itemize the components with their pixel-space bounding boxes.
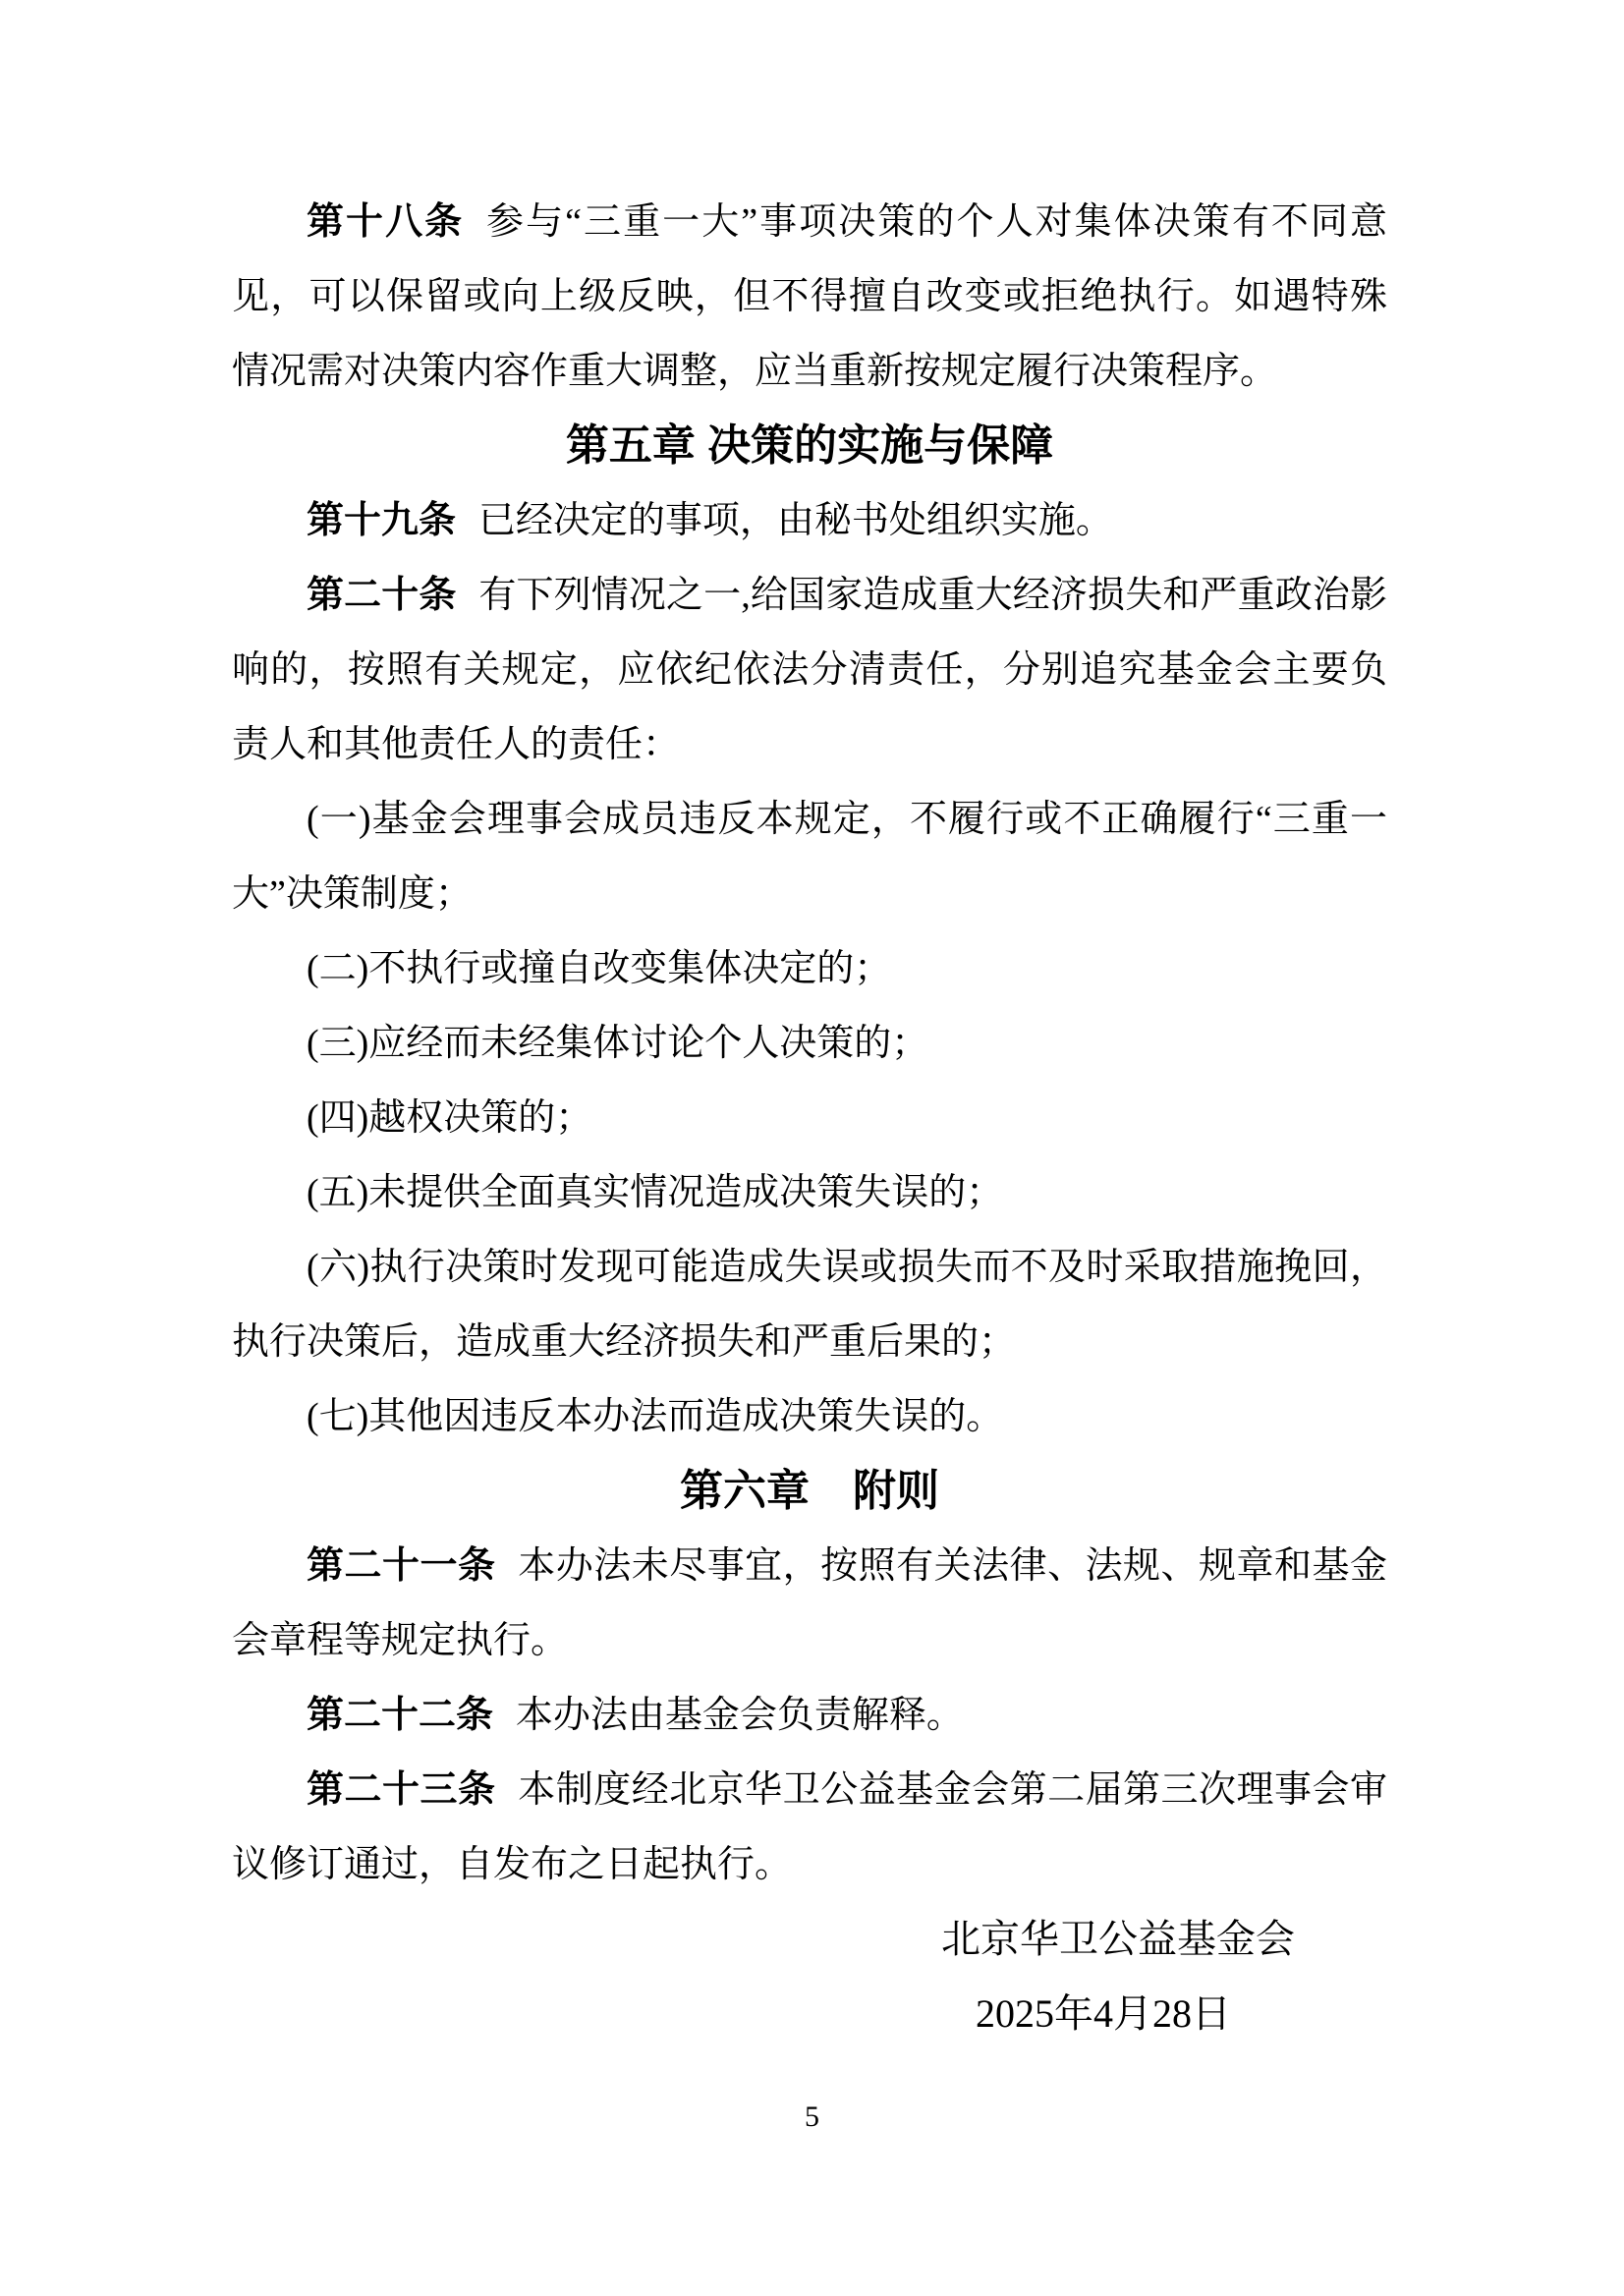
list-item-1: (一)基金会理事会成员违反本规定，不履行或不正确履行“三重一大”决策制度； [232,782,1387,931]
list-item-5: (五)未提供全面真实情况造成决策失误的； [232,1155,1387,1230]
list-item-4: (四)越权决策的； [232,1081,1387,1155]
article-22-paragraph: 第二十二条本办法由基金会负责解释。 [232,1678,1387,1753]
list-item-2: (二)不执行或撞自改变集体决定的； [232,931,1387,1006]
document-page: 第十八条参与“三重一大”事项决策的个人对集体决策有不同意见，可以保留或向上级反映… [0,0,1624,2296]
signature-date: 2025年4月28日 [232,1977,1387,2051]
article-23-paragraph: 第二十三条本制度经北京华卫公益基金会第二届第三次理事会审议修订通过，自发布之日起… [232,1753,1387,1902]
article-19-text: 已经决定的事项，由秘书处组织实施。 [478,500,1113,541]
article-23-label: 第二十三条 [307,1769,495,1811]
article-18-paragraph: 第十八条参与“三重一大”事项决策的个人对集体决策有不同意见，可以保留或向上级反映… [232,185,1387,409]
article-19-label: 第十九条 [307,500,456,541]
article-22-label: 第二十二条 [307,1695,493,1736]
article-21-label: 第二十一条 [307,1545,495,1587]
chapter-5-heading: 第五章 决策的实施与保障 [232,409,1387,483]
chapter-6-heading: 第六章 附则 [232,1454,1387,1529]
list-item-7: (七)其他因违反本办法而造成决策失误的。 [232,1379,1387,1454]
article-19-paragraph: 第十九条已经决定的事项，由秘书处组织实施。 [232,483,1387,558]
article-22-text: 本办法由基金会负责解释。 [516,1695,964,1736]
signature-org: 北京华卫公益基金会 [232,1902,1387,1977]
article-20-paragraph: 第二十条有下列情况之一,给国家造成重大经济损失和严重政治影响的，按照有关规定，应… [232,558,1387,782]
article-21-paragraph: 第二十一条本办法未尽事宜，按照有关法律、法规、规章和基金会章程等规定执行。 [232,1529,1387,1678]
list-item-3: (三)应经而未经集体讨论个人决策的； [232,1006,1387,1081]
page-number: 5 [0,2100,1624,2134]
article-18-label: 第十八条 [307,201,464,243]
article-20-label: 第二十条 [307,575,457,616]
list-item-6: (六)执行决策时发现可能造成失误或损失而不及时采取措施挽回，执行决策后，造成重大… [232,1230,1387,1379]
